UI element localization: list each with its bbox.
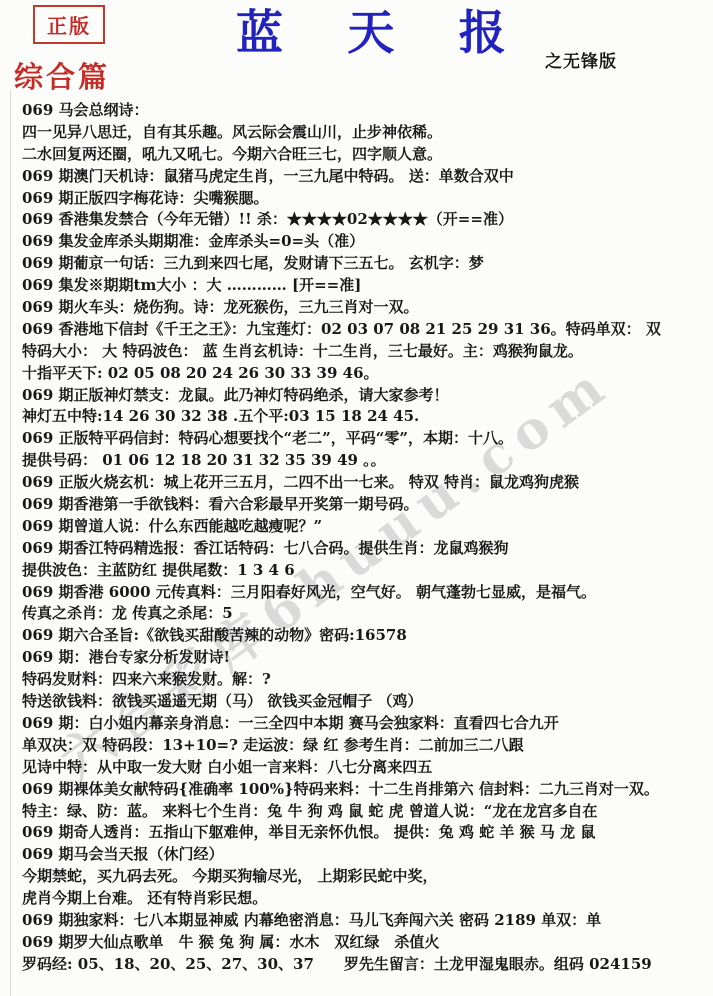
edition-label: 之无锋版 <box>545 47 617 72</box>
text-line: 传真之杀肖：龙 传真之杀尾：5 <box>22 603 709 625</box>
text-line: 069 期香港第一手欲钱料：看六合彩最早开奖第一期号码。 <box>22 494 709 516</box>
text-line: 069 期葡京一句话：三九到来四七尾，发财请下三五七。 玄机字：梦 <box>22 253 709 275</box>
text-line: 十指平天下: 02 05 08 20 24 26 30 33 39 46。 <box>22 363 709 385</box>
text-line: 069 期独家料：七八本期显神威 内幕绝密消息：马儿飞奔闯六关 密码 2189 … <box>22 910 709 932</box>
newspaper-page: 正版 蓝 天 报 之无锋版 综合篇 六合彩库6huuu.com 069 马会总纲… <box>0 0 713 996</box>
text-line: 二水回复两还圈，吼九又吼七。今期六合旺三七，四字顺人意。 <box>22 144 709 166</box>
text-line: 069 期：港台专家分析发财诗! <box>22 647 709 669</box>
text-line: 069 期香江特码精选报：香江话特码：七八合码。提供生肖：龙鼠鸡猴狗 <box>22 538 709 560</box>
text-line: 069 香港地下信封《千王之王》：九宝莲灯：02 03 07 08 21 25 … <box>22 319 709 341</box>
text-line: 069 期六合圣旨:《欲钱买甜酸苦辣的动物》密码:16578 <box>22 625 709 647</box>
text-line: 069 期裸体美女献特码{准确率 100%}特码来料：十二生肖排第六 信封料：二… <box>22 779 709 801</box>
text-line: 069 期香港 6000 元传真料：三月阳春好风光，空气好。 朝气蓬勃七显威，是… <box>22 582 709 604</box>
text-line: 069 马会总纲诗： <box>22 100 709 122</box>
text-line: 069 集发金库杀头期期准：金库杀头=0=头（准） <box>22 231 709 253</box>
text-line: 069 期奇人透肖：五指山下躯难伸，举目无亲怀仇恨。 提供：兔 鸡 蛇 羊 猴 … <box>22 822 709 844</box>
text-line: 提供波色：主蓝防红 提供尾数：1 3 4 6 <box>22 560 709 582</box>
page-title: 蓝 天 报 <box>236 0 530 63</box>
text-line: 今期禁蛇，买九码去死。 今期买狗输尽光， 上期彩民蛇中奖， <box>22 866 709 888</box>
text-line: 特主：绿、防：蓝。 来料七个生肖：兔 牛 狗 鸡 鼠 蛇 虎 曾道人说：“龙在龙… <box>22 801 709 823</box>
text-line: 069 正版火烧玄机：城上花开三五月，二四不出一七来。 特双 特肖：鼠龙鸡狗虎猴 <box>22 472 709 494</box>
text-line: 神灯五中特:14 26 30 32 38 .五个平:03 15 18 24 45… <box>22 406 709 428</box>
left-margin-rule <box>10 90 11 996</box>
text-line: 罗码经: 05、18、20、25、27、30、37 罗先生留言：土龙甲湿鬼眼赤。… <box>22 954 709 976</box>
text-line: 069 香港集发禁合（今年无错）!! 杀：★★★★02★★★★（开==准） <box>22 209 709 231</box>
text-line: 单双决：双 特码段：13+10=? 走运波：绿 红 参考生肖：二前加三二八跟 <box>22 735 709 757</box>
text-line: 069 期马会当天报（休门经） <box>22 844 709 866</box>
text-line: 特码发财料：四来六来猴发财。解：? <box>22 669 709 691</box>
text-line: 069 期澳门天机诗：鼠猪马虎定生肖，一三九尾中特码。 送：单数合双中 <box>22 166 709 188</box>
text-line: 特送欲钱料：欲钱买遥遥无期（马） 欲钱买金冠帽子 （鸡） <box>22 691 709 713</box>
text-line: 069 期：白小姐内幕亲身消息：一三全四中本期 赛马会独家料：直看四七合九开 <box>22 713 709 735</box>
section-heading: 综合篇 <box>14 55 110 96</box>
text-line: 见诗中特：从中取一发大财 白小姐一言来料：八七分离来四五 <box>22 757 709 779</box>
text-line: 特码大小： 大 特码波色： 蓝 生肖玄机诗：十二生肖，三七最好。主：鸡猴狗鼠龙。 <box>22 341 709 363</box>
text-line: 069 期罗大仙点歌单 牛 猴 兔 狗 属：水木 双红绿 杀值火 <box>22 932 709 954</box>
text-line: 069 期火车头：烧伤狗。诗：龙死猴伤，三九三肖对一双。 <box>22 297 709 319</box>
text-line: 069 期正版神灯禁支：龙鼠。此乃神灯特码绝杀，请大家参考！ <box>22 385 709 407</box>
text-line: 069 期正版四字梅花诗：尖嘴猴腮。 <box>22 188 709 210</box>
text-line: 虎肖今期上台难。 还有特肖彩民想。 <box>22 888 709 910</box>
text-line: 四一见异八思迁，自有其乐趣。风云际会震山川，止步神依稀。 <box>22 122 709 144</box>
text-line: 提供号码： 01 06 12 18 20 31 32 35 39 49 。。 <box>22 450 709 472</box>
content-lines: 069 马会总纲诗： 四一见异八思迁，自有其乐趣。风云际会震山川，止步神依稀。 … <box>22 100 709 976</box>
authentic-badge: 正版 <box>33 5 105 44</box>
text-line: 069 正版特平码信封：特码心想要找个“老二”，平码“零”，本期：十八。 <box>22 428 709 450</box>
text-line: 069 集发※期期tm大小 ：大 ………… [开==准] <box>22 275 709 297</box>
text-line: 069 期曾道人说：什么东西能越吃越瘦呢？” <box>22 516 709 538</box>
